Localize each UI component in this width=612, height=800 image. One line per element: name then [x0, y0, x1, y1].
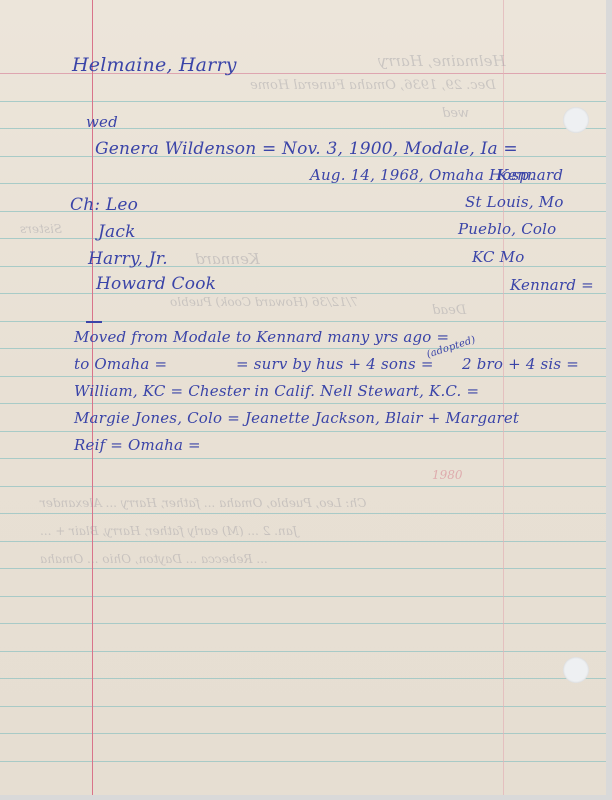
note-line: 2 bro + 4 sis = — [462, 357, 579, 372]
children-label: Ch: Leo — [70, 197, 138, 214]
ruled-line — [0, 706, 606, 707]
bleed-through-line-3: ... Rebecca ... Dayton, Ohio ... Omaha — [40, 552, 268, 566]
ruled-line — [0, 678, 606, 679]
bleed-through-wed: wed — [442, 106, 469, 121]
married-label: wed — [86, 115, 118, 130]
bleed-through-line-1: Ch: Leo, Pueblo, Omaha ... father, Harry… — [40, 496, 366, 510]
ruled-line — [0, 486, 606, 487]
child-location: Pueblo, Colo — [458, 222, 556, 237]
ruled-line — [0, 596, 606, 597]
ruled-line — [0, 376, 606, 377]
note-line: William, KC = Chester in Calif. Nell Ste… — [74, 384, 479, 399]
note-line: Moved from Modale to Kennard many yrs ag… — [74, 330, 449, 345]
bleed-through-date: Dec. 29, 1936, Omaha Funeral Home — [250, 78, 496, 93]
separator-dash — [86, 321, 102, 323]
child-location: Kennard = — [510, 278, 594, 293]
ruled-line — [0, 238, 606, 239]
note-line: = surv by hus + 4 sons = — [236, 357, 434, 372]
ruled-line — [0, 348, 606, 349]
bleed-through-sisters: Sisters — [20, 222, 62, 236]
child-name: Howard Cook — [96, 276, 216, 293]
child-location: St Louis, Mo — [465, 195, 564, 210]
bleed-through-mid-date: 7/12/36 (Howard Cook) Pueblo — [170, 295, 358, 309]
bleed-through-line-2: Jan. 2 ... (M) early father, Harry, Blai… — [40, 524, 298, 538]
heading-name: Helmaine, Harry — [72, 56, 237, 75]
punch-hole-top — [563, 107, 589, 133]
bleed-through-dead: Dead — [432, 303, 466, 318]
ruled-line — [0, 403, 606, 404]
note-line: Margie Jones, Colo = Jeanette Jackson, B… — [74, 411, 519, 426]
ruled-line — [0, 541, 606, 542]
child-location: KC Mo — [472, 250, 524, 265]
right-margin-line — [503, 0, 504, 795]
notebook-page: Helmaine, Harry Dec. 29, 1936, Omaha Fun… — [0, 0, 606, 795]
bleed-through-pink-note: 1980 — [432, 468, 463, 482]
bleed-through-kennard: Kennard — [195, 250, 260, 268]
punch-hole-bottom — [563, 657, 589, 683]
death-place: Kennard — [497, 168, 563, 183]
child-name: Jack — [98, 224, 136, 241]
ruled-line — [0, 458, 606, 459]
ruled-line — [0, 568, 606, 569]
ruled-line — [0, 733, 606, 734]
note-line: Reif = Omaha = — [74, 438, 201, 453]
child-name: Harry, Jr. — [88, 251, 168, 268]
ruled-line — [0, 431, 606, 432]
note-line: to Omaha = — [74, 357, 167, 372]
ruled-line — [0, 513, 606, 514]
ruled-line — [0, 101, 606, 102]
ruled-line — [0, 651, 606, 652]
bleed-through-heading: Helmaine, Harry — [378, 52, 506, 70]
ruled-line — [0, 623, 606, 624]
ruled-line — [0, 761, 606, 762]
spouse-line: Genera Wildenson = Nov. 3, 1900, Modale,… — [95, 141, 518, 158]
